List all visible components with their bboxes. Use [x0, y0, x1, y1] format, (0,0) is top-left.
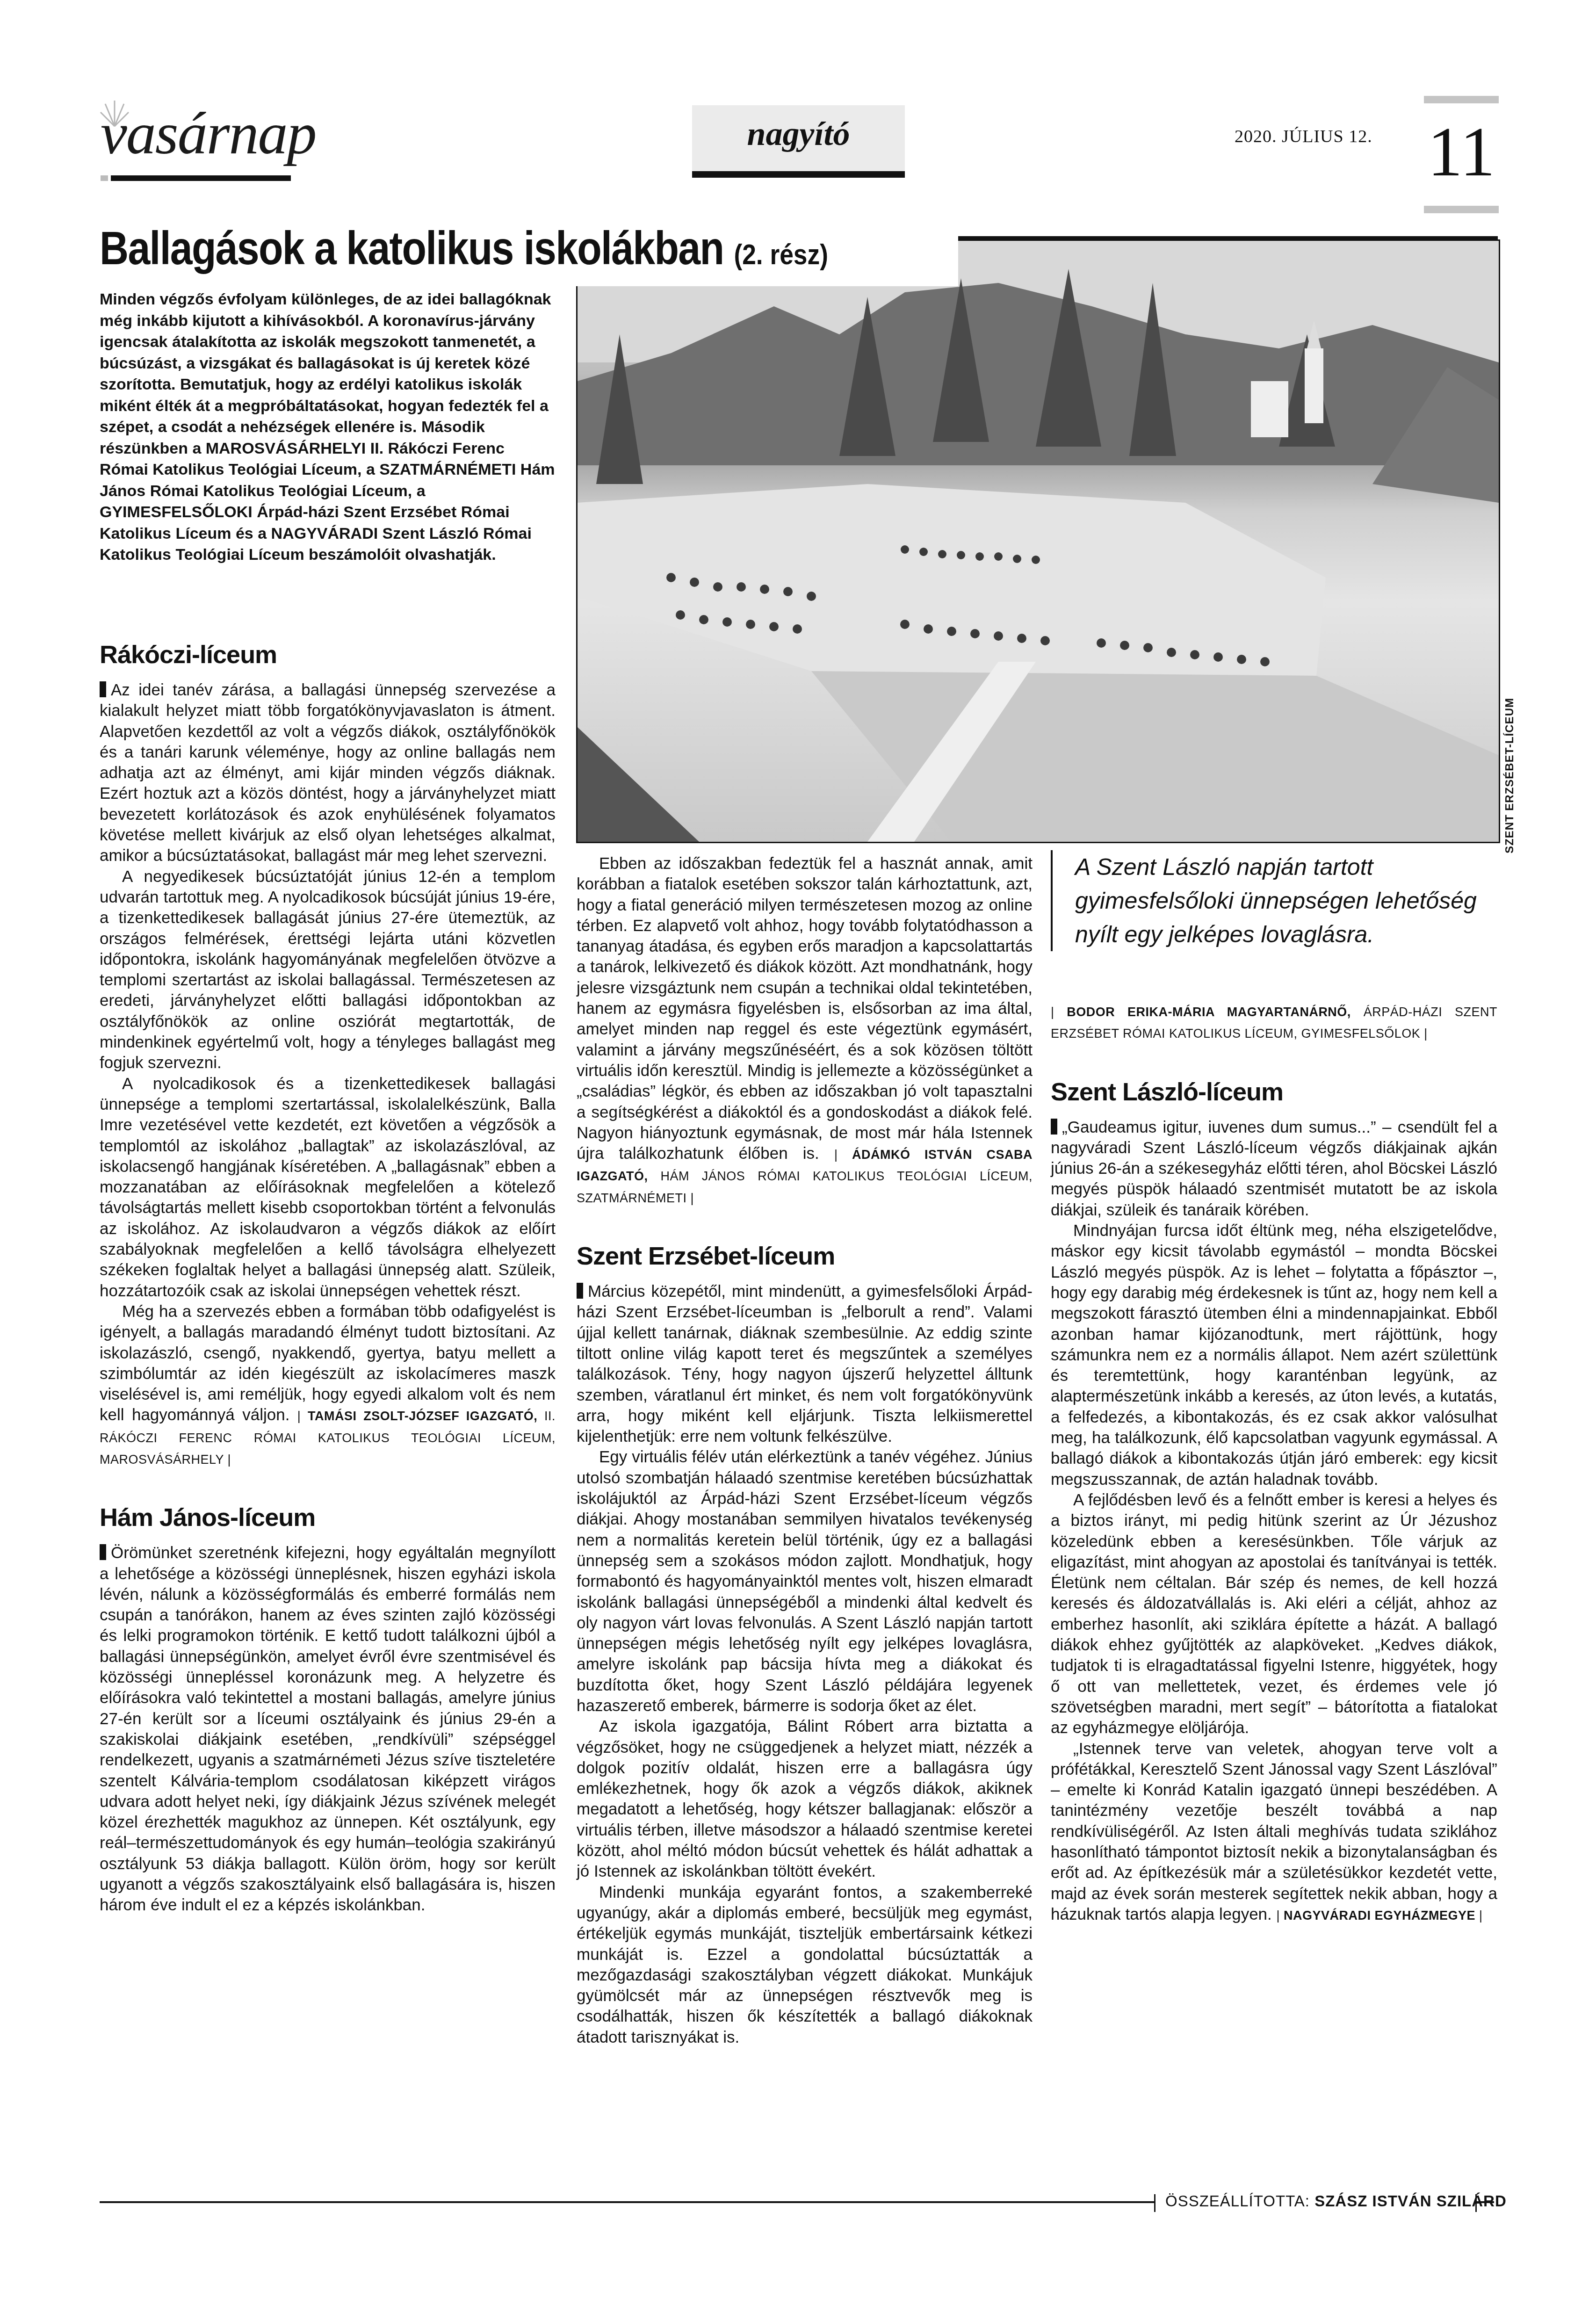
footer-rule: [100, 2201, 1133, 2203]
issue-date: 2020. JÚLIUS 12.: [1235, 126, 1372, 147]
headline-text: Ballagások a katolikus iskolákban: [100, 222, 723, 275]
credit-rule-right: [1475, 2201, 1494, 2203]
headline-block: Ballagások a katolikus iskolákban (2. ré…: [100, 219, 958, 286]
section-heading-laszlo: Szent László-líceum: [1051, 1077, 1497, 1107]
logo-underline: [111, 175, 291, 181]
signature: | BODOR ERIKA-MÁRIA MAGYARTANÁRNŐ, ÁRPÁD…: [1051, 1005, 1497, 1041]
section-tag-underline: [692, 171, 905, 178]
paragraph: A fejlődésben levő és a felnőtt ember is…: [1051, 1490, 1497, 1739]
headline-part: (2. rész): [734, 239, 828, 271]
signature-paragraph: | BODOR ERIKA-MÁRIA MAGYARTANÁRNŐ, ÁRPÁD…: [1051, 1001, 1497, 1044]
photo-credit: SZENT ERZSÉBET-LÍCEUM: [1503, 685, 1522, 853]
section-heading-erzsebet: Szent Erzsébet-líceum: [577, 1241, 1033, 1271]
paragraph: A negyedikesek búcsúztatóját június 12-é…: [100, 867, 556, 1074]
section-heading-rakoczi: Rákóczi-líceum: [100, 640, 556, 670]
credit-rule-left: [1043, 2201, 1155, 2203]
pull-quote: A Szent László napján tartott gyimesfels…: [1051, 850, 1515, 951]
ceremony-photo-illustration: [578, 241, 1499, 842]
page-number-bar-top: [1424, 96, 1499, 103]
section-tag: nagyító: [692, 105, 905, 173]
paragraph: Az idei tanév zárása, a ballagási ünneps…: [100, 680, 556, 867]
paragraph-marker-icon: [577, 1283, 583, 1299]
paragraph: Egy virtuális félév után elérkeztünk a t…: [577, 1447, 1033, 1716]
paragraph: A nyolcadikosok és a tizenkettedikesek b…: [100, 1074, 556, 1301]
logo-underline-grey: [101, 175, 108, 181]
section-name: nagyító: [692, 115, 905, 153]
compiled-by: ÖSSZEÁLLÍTOTTA: SZÁSZ ISTVÁN SZILÁRD: [1043, 2189, 1501, 2217]
section-heading-ham: Hám János-líceum: [100, 1503, 556, 1532]
paragraph: „Istennek terve van veletek, ahogyan ter…: [1051, 1739, 1497, 1926]
signature: | NAGYVÁRADI EGYHÁZMEGYE |: [1277, 1908, 1483, 1922]
paragraph-marker-icon: [1051, 1119, 1057, 1135]
page-number: 11: [1424, 105, 1499, 199]
paragraph: Még ha a szervezés ebben a formában több…: [100, 1301, 556, 1470]
paragraph: Örömünket szeretnénk kifejezni, hogy egy…: [100, 1543, 556, 1915]
compiled-by-text: ÖSSZEÁLLÍTOTTA: SZÁSZ ISTVÁN SZILÁRD: [1165, 2192, 1507, 2210]
page-title: Ballagások a katolikus iskolákban (2. ré…: [100, 223, 828, 281]
paragraph: Mindnyájan furcsa időt éltünk meg, néha …: [1051, 1221, 1497, 1490]
article-photo: [576, 239, 1500, 843]
paragraph-marker-icon: [100, 1544, 106, 1560]
page-number-bar-bottom: [1424, 206, 1499, 213]
column-right: | BODOR ERIKA-MÁRIA MAGYARTANÁRNŐ, ÁRPÁD…: [1051, 1001, 1497, 1926]
credit-pipe-right: [1475, 2194, 1477, 2212]
paragraph: Az iskola igazgatója, Bálint Róbert arra…: [577, 1716, 1033, 1882]
paragraph: Mindenki munkája egyaránt fontos, a szak…: [577, 1882, 1033, 2048]
paragraph-marker-icon: [100, 681, 106, 697]
logo-wordmark: vasárnap: [101, 105, 316, 161]
photo-credit-text: SZENT ERZSÉBET-LÍCEUM: [1503, 698, 1517, 853]
paragraph: „Gaudeamus igitur, iuvenes dum sumus...”…: [1051, 1117, 1497, 1221]
newspaper-logo: vasárnap: [101, 101, 344, 171]
credit-pipe-left: [1154, 2194, 1155, 2212]
column-left: Rákóczi-líceum Az idei tanév zárása, a b…: [100, 640, 556, 1916]
paragraph: Ebben az időszakban fedeztük fel a haszn…: [577, 853, 1033, 1208]
column-middle: Ebben az időszakban fedeztük fel a haszn…: [577, 853, 1033, 2048]
paragraph: Március közepétől, mint mindenütt, a gyi…: [577, 1281, 1033, 1447]
article-lead: Minden végzős évfolyam különleges, de az…: [100, 289, 556, 566]
